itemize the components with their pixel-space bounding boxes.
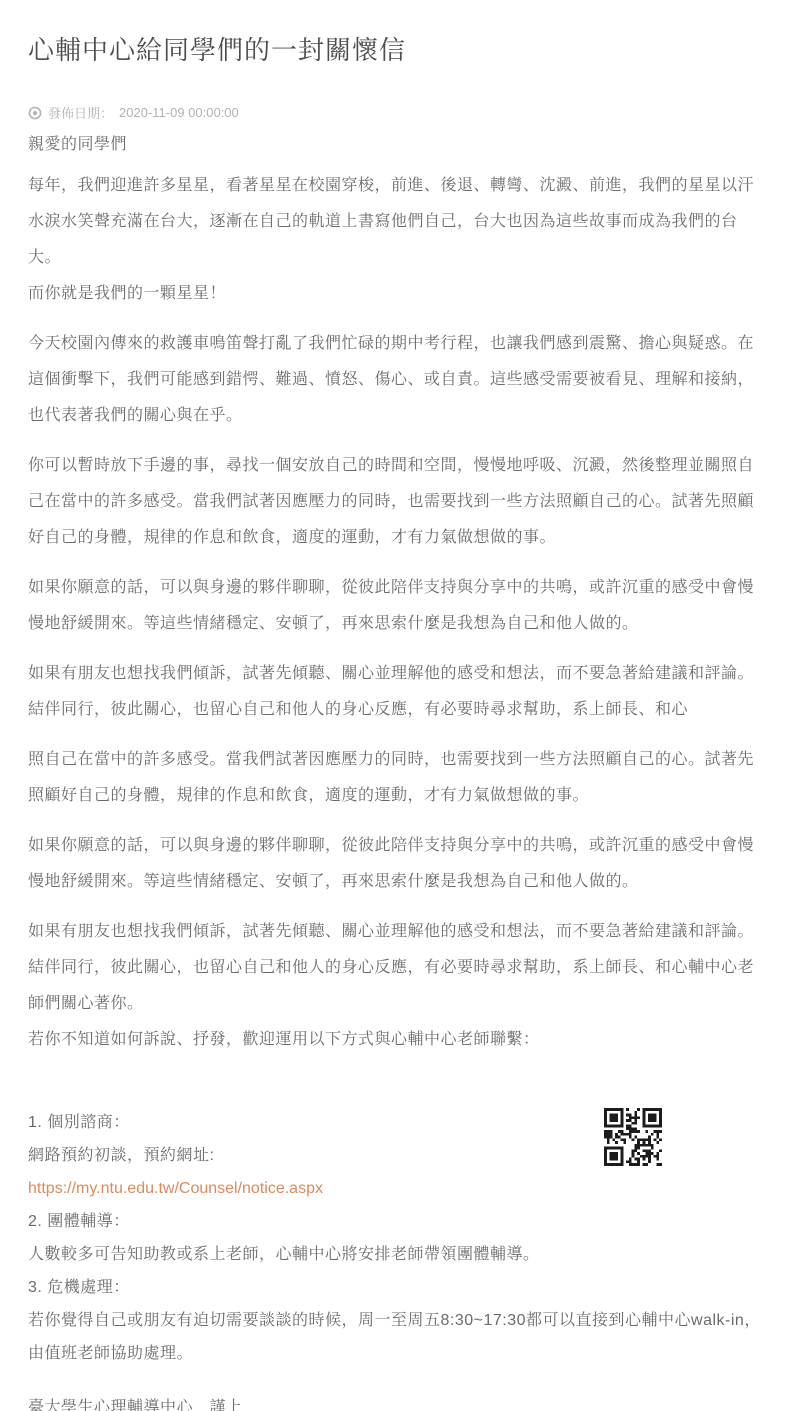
publish-date-value: 2020-11-09 00:00:00	[119, 105, 239, 120]
contact-item-2-desc: 人數較多可告知助教或系上老師，心輔中心將安排老師帶領團體輔導。	[28, 1238, 764, 1271]
publish-date-row: 發佈日期：2020-11-09 00:00:00	[28, 103, 764, 122]
appointment-link[interactable]: https://my.ntu.edu.tw/Counsel/notice.asp…	[28, 1180, 323, 1197]
body-paragraph: 照自己在當中的許多感受。當我們試著因應壓力的同時，也需要找到一些方法照顧自己的心…	[28, 742, 764, 814]
publish-date-label: 發佈日期：	[48, 103, 113, 122]
body-paragraph: 如果你願意的話，可以與身邊的夥伴聊聊，從彼此陪伴支持與分享中的共鳴，或許沉重的感…	[28, 828, 764, 900]
body-paragraph: 如果有朋友也想找我們傾訴，試著先傾聽、關心並理解他的感受和想法，而不要急著給建議…	[28, 914, 764, 1058]
contact-methods-section: 1. 個別諮商： 網路預約初談，預約網址: https://my.ntu.edu…	[28, 1106, 764, 1370]
body-paragraph: 如果有朋友也想找我們傾訴，試著先傾聽、關心並理解他的感受和想法，而不要急著給建議…	[28, 656, 764, 728]
page-title: 心輔中心給同學們的一封關懷信	[28, 30, 764, 67]
contact-item-2-title: 2. 團體輔導：	[28, 1205, 764, 1238]
clock-circle-icon	[28, 106, 42, 120]
body-paragraph: 你可以暫時放下手邊的事，尋找一個安放自己的時間和空間，慢慢地呼吸、沉澱，然後整理…	[28, 448, 764, 556]
signature-closing: 臺大學生心理輔導中心 謹上	[28, 1394, 764, 1411]
letter-body: 每年，我們迎進許多星星，看著星星在校園穿梭，前進、後退、轉彎、沈澱、前進，我們的…	[28, 168, 764, 1058]
body-paragraph: 每年，我們迎進許多星星，看著星星在校園穿梭，前進、後退、轉彎、沈澱、前進，我們的…	[28, 168, 764, 312]
contact-item-3-desc: 若你覺得自己或朋友有迫切需要談談的時候，周一至周五8:30~17:30都可以直接…	[28, 1304, 764, 1370]
contact-item-3-title: 3. 危機處理：	[28, 1271, 764, 1304]
salutation: 親愛的同學們	[28, 131, 764, 154]
qr-code	[604, 1108, 662, 1166]
body-paragraph: 如果你願意的話，可以與身邊的夥伴聊聊，從彼此陪伴支持與分享中的共鳴，或許沉重的感…	[28, 570, 764, 642]
article-page: 心輔中心給同學們的一封關懷信 發佈日期：2020-11-09 00:00:00 …	[0, 0, 792, 1411]
contact-item-1-link-row: https://my.ntu.edu.tw/Counsel/notice.asp…	[28, 1172, 764, 1205]
body-paragraph: 今天校園內傳來的救護車鳴笛聲打亂了我們忙碌的期中考行程，也讓我們感到震驚、擔心與…	[28, 326, 764, 434]
